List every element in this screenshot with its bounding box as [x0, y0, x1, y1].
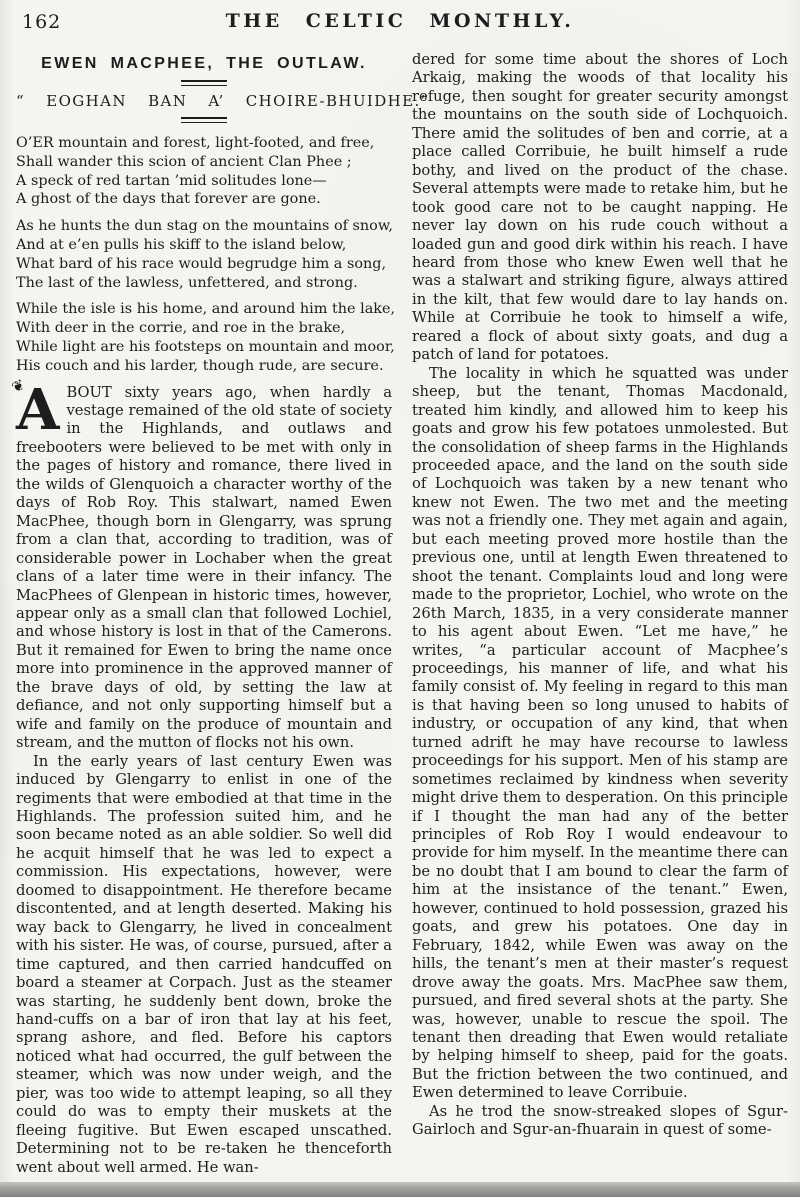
- dropcap-wrap: ❦ A: [16, 384, 66, 434]
- paragraph-text: dered for some time about the shores of …: [412, 51, 788, 363]
- poem-stanza-3: While the isle is his home, and around h…: [16, 300, 392, 375]
- paragraph: ❦ A BOUT sixty years ago, when hardly a …: [16, 384, 392, 753]
- poem-line: With deer in the corrie, and roe in the …: [16, 319, 392, 338]
- poem-line: His couch and his larder, though rude, a…: [16, 357, 392, 376]
- paragraph-text: As he trod the snow-streaked slopes of S…: [412, 1103, 788, 1138]
- article-title: EWEN MACPHEE, THE OUTLAW.: [16, 55, 392, 73]
- paragraph: As he trod the snow-streaked slopes of S…: [412, 1103, 788, 1140]
- scan-edge-shadow: [0, 1182, 800, 1197]
- poem-line: O’ER mountain and forest, light-footed, …: [16, 134, 392, 153]
- two-column-body: EWEN MACPHEE, THE OUTLAW. “ EOGHAN BAN A…: [16, 48, 788, 1177]
- poem: O’ER mountain and forest, light-footed, …: [16, 134, 392, 376]
- scanned-magazine-page: { "colors": { "paper": "#f6f4f0", "ink":…: [0, 0, 800, 1197]
- poem-line: A speck of red tartan ’mid solitudes lon…: [16, 172, 392, 191]
- poem-line: And at e’en pulls his skiff to the islan…: [16, 236, 392, 255]
- page-header: 162 THE CELTIC MONTHLY.: [0, 10, 800, 38]
- paragraph: dered for some time about the shores of …: [412, 51, 788, 365]
- poem-stanza-2: As he hunts the dun stag on the mountain…: [16, 217, 392, 292]
- paragraph-text: In the early years of last century Ewen …: [16, 753, 392, 1176]
- paragraph: The locality in which he squatted was un…: [412, 365, 788, 1103]
- poem-line: The last of the lawless, unfettered, and…: [16, 274, 392, 293]
- paragraph: In the early years of last century Ewen …: [16, 753, 392, 1177]
- article-subtitle: “ EOGHAN BAN A’ CHOIRE-BHUIDHE.”: [16, 92, 392, 110]
- journal-title: THE CELTIC MONTHLY.: [0, 10, 800, 32]
- poem-line: As he hunts the dun stag on the mountain…: [16, 217, 392, 236]
- poem-line: While light are his footsteps on mountai…: [16, 338, 392, 357]
- poem-line: A ghost of the days that forever are gon…: [16, 190, 392, 209]
- page-number: 162: [22, 11, 61, 33]
- double-rule-bottom: [181, 117, 227, 123]
- right-column: dered for some time about the shores of …: [412, 48, 788, 1177]
- poem-line: Shall wander this scion of ancient Clan …: [16, 153, 392, 172]
- poem-line: While the isle is his home, and around h…: [16, 300, 392, 319]
- poem-line: What bard of his race would begrudge him…: [16, 255, 392, 274]
- poem-stanza-1: O’ER mountain and forest, light-footed, …: [16, 134, 392, 209]
- double-rule-top: [181, 80, 227, 86]
- paragraph-text: The locality in which he squatted was un…: [412, 365, 788, 1102]
- left-column: EWEN MACPHEE, THE OUTLAW. “ EOGHAN BAN A…: [16, 48, 392, 1177]
- paragraph-text: BOUT sixty years ago, when hardly a vest…: [16, 384, 392, 752]
